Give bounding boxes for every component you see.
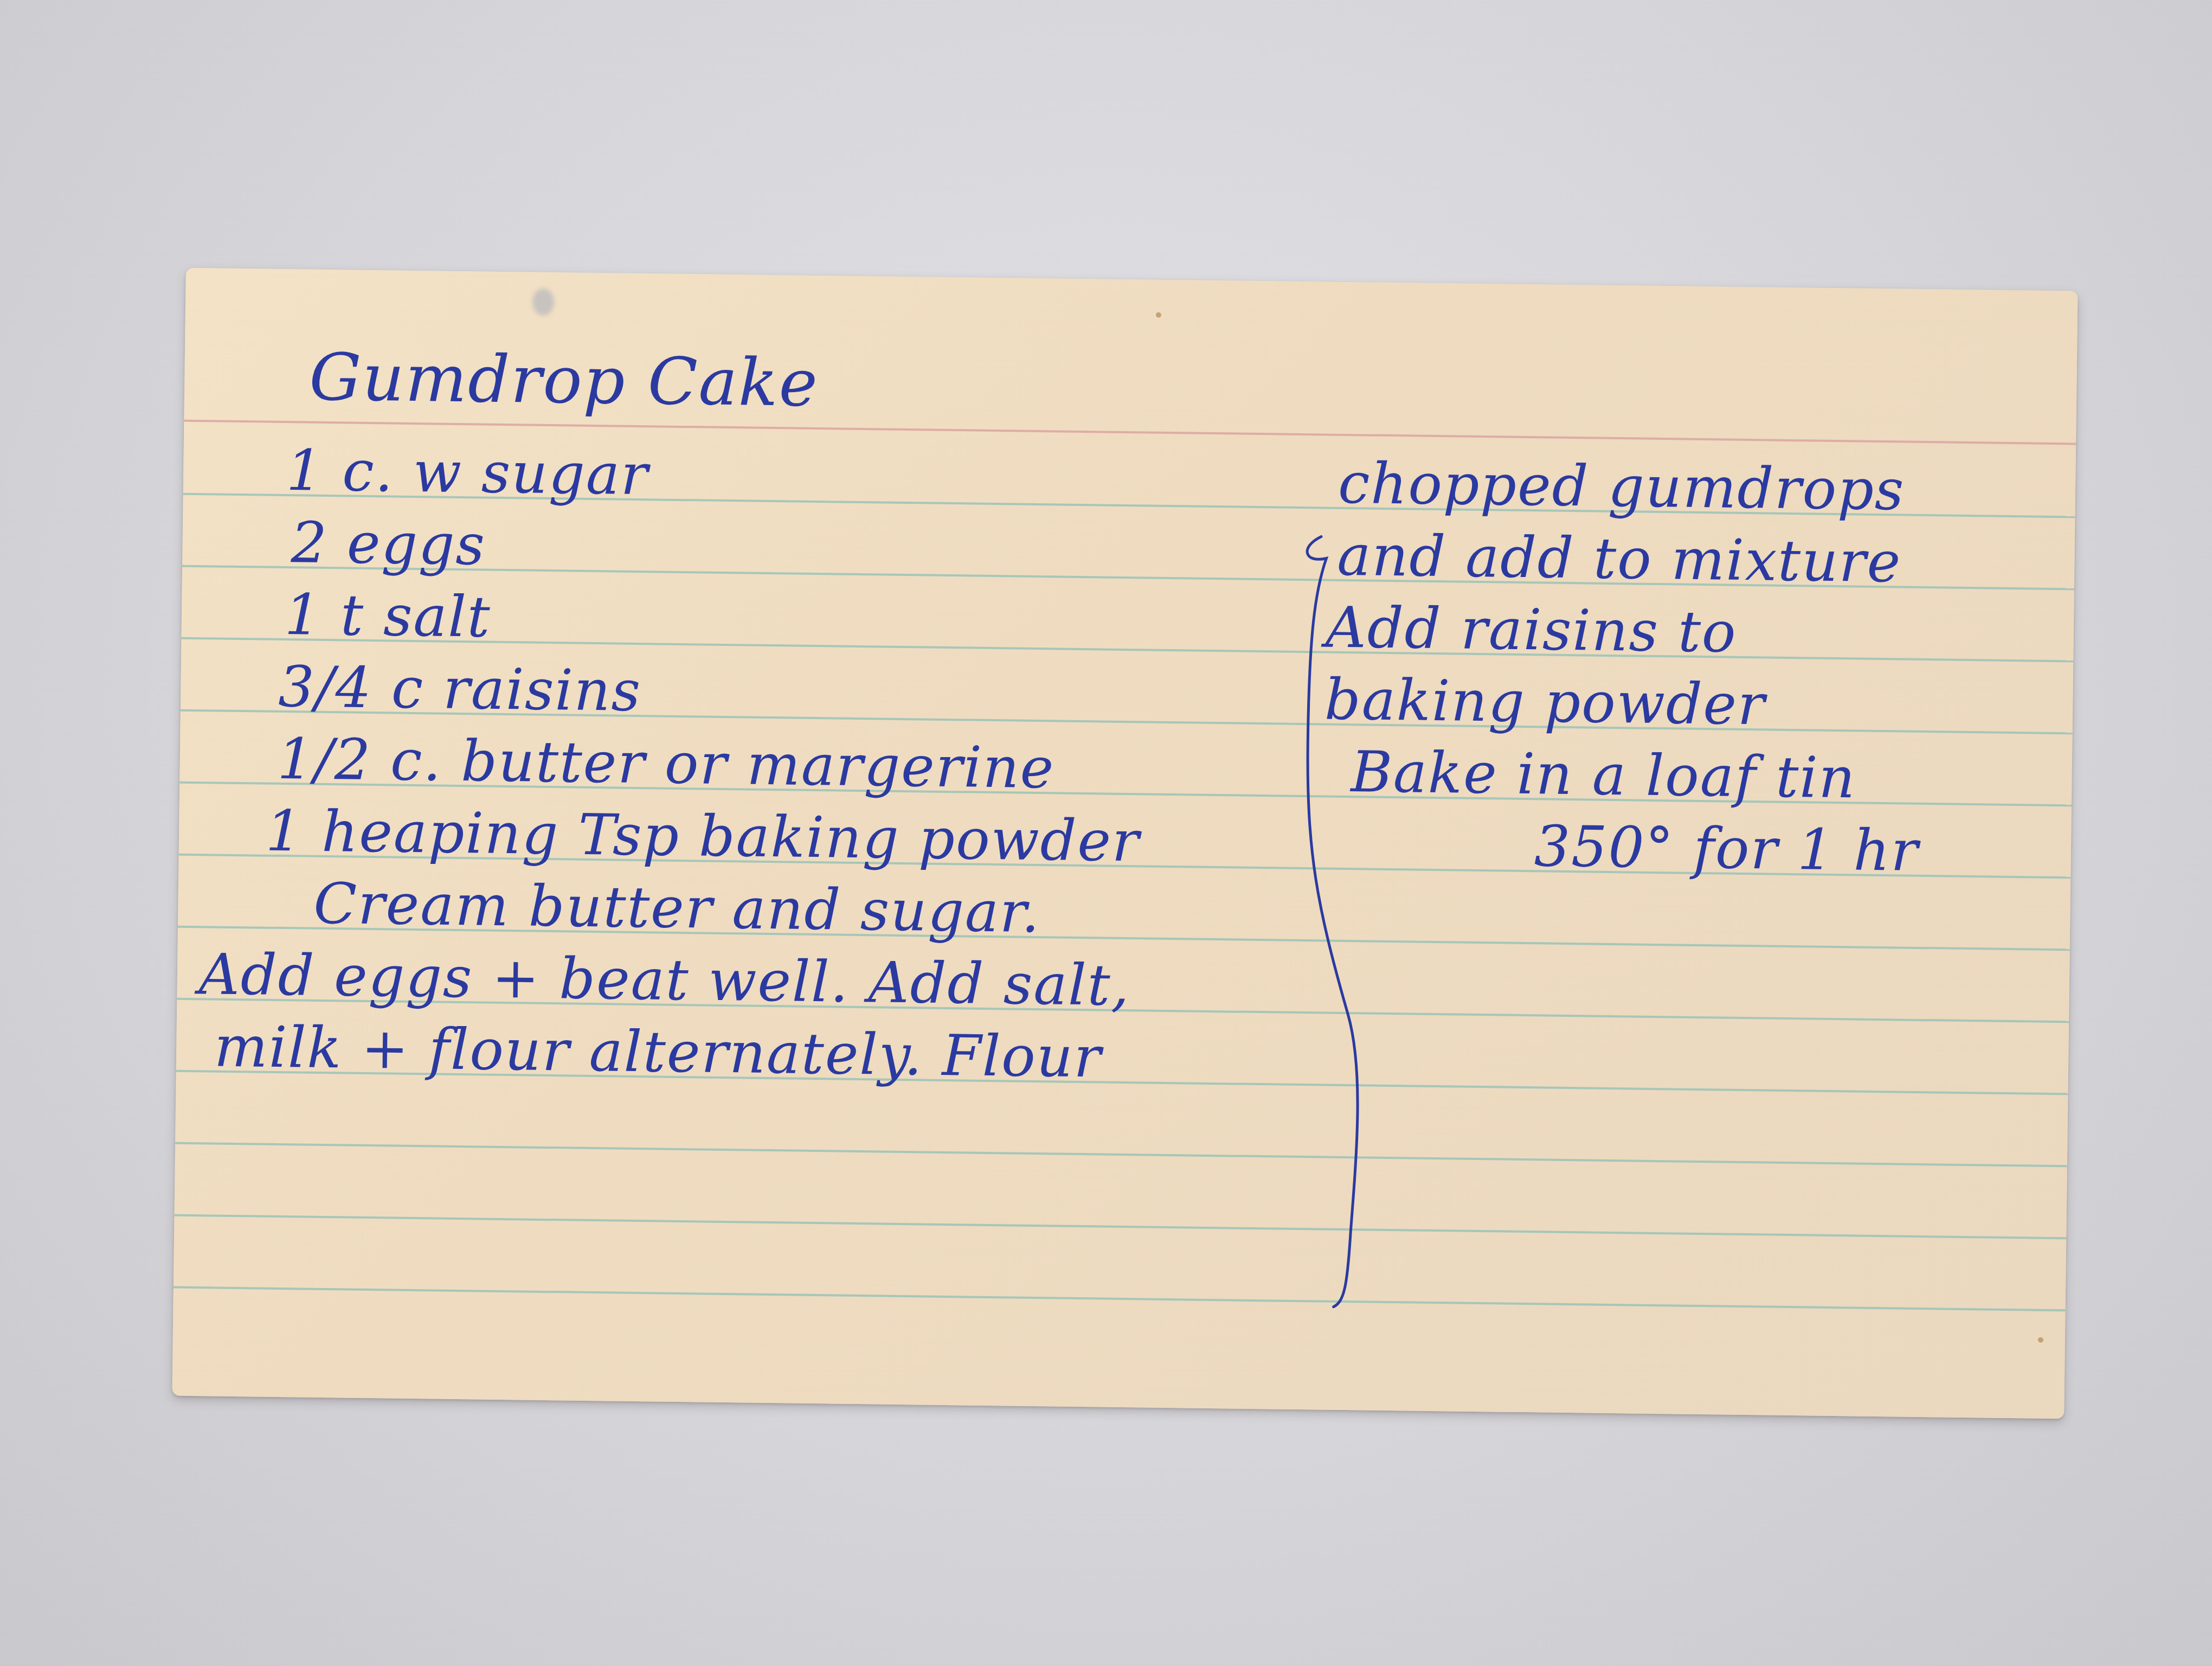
ingredient-line: 1 c. w sugar	[286, 437, 650, 508]
stain-speck	[2038, 1337, 2043, 1343]
stain-speck	[1156, 312, 1161, 318]
ingredient-line: 1/2 c. butter or margerine	[277, 726, 1055, 802]
direction-line: milk + flour alternately. Flour	[214, 1014, 1103, 1091]
bake-instruction: 350° for 1 hr	[1534, 813, 1919, 884]
direction-line: Bake in a loaf tin	[1351, 739, 1856, 811]
recipe-title: Gumdrop Cake	[309, 340, 819, 421]
direction-line: Cream butter and sugar.	[313, 870, 1041, 945]
ingredient-line: 3/4 c raisins	[278, 653, 642, 724]
direction-line: baking powder	[1324, 666, 1766, 738]
ink-smudge	[532, 289, 555, 316]
direction-line: Add eggs + beat well. Add salt,	[198, 941, 1130, 1018]
direction-line: chopped gumdrops	[1338, 450, 1905, 523]
direction-line: Add raisins to	[1325, 594, 1737, 665]
ruled-line	[175, 1142, 2067, 1168]
ruled-line	[174, 1214, 2066, 1240]
ingredient-line: 1 t salt	[284, 581, 491, 650]
recipe-card: Gumdrop Cake 1 c. w sugar 2 eggs 1 t sal…	[172, 268, 2078, 1419]
ruled-line	[173, 1286, 2066, 1312]
direction-line: and add to mixture	[1337, 522, 1902, 595]
ingredient-line: 1 heaping Tsp baking powder	[265, 798, 1140, 875]
ingredient-line: 2 eggs	[291, 509, 486, 578]
